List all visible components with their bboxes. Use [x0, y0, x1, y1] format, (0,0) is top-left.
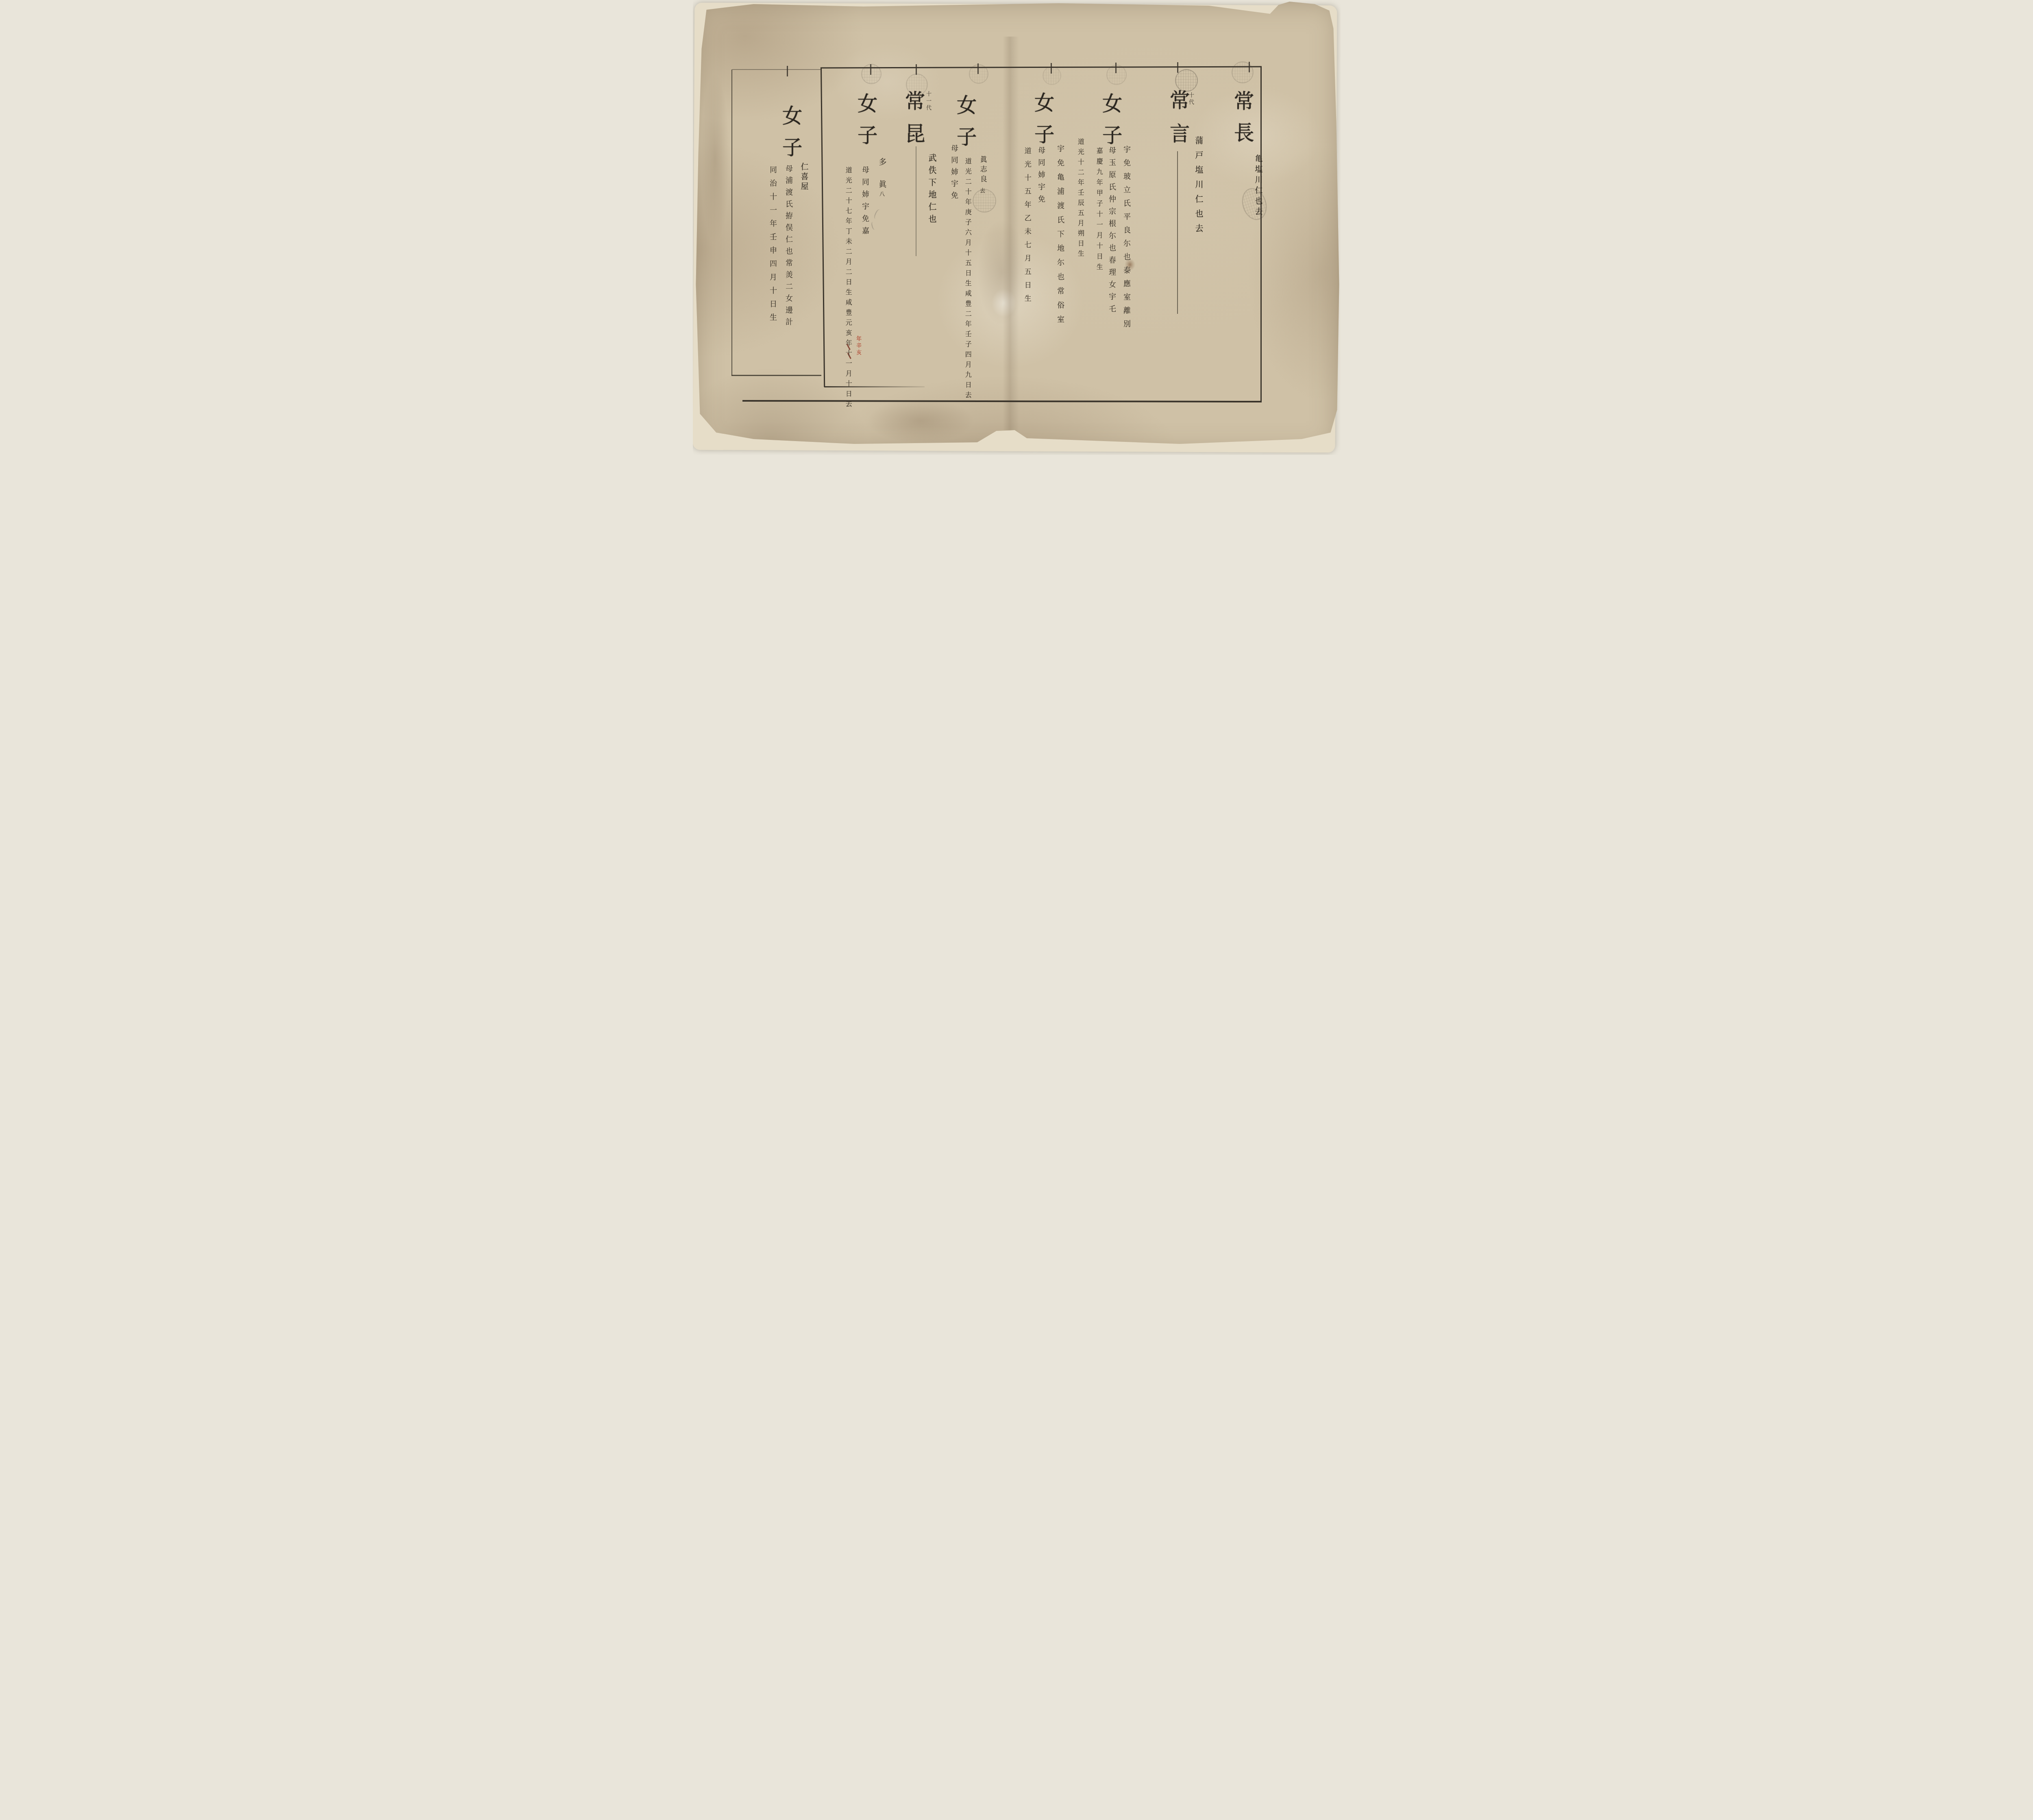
manuscript-scan: 常長亀塩川仁也去十代常言蒲戸塩川仁也去女子宇免玻立氏平良尓也泰應室離別母玉原氏仲… [693, 0, 1341, 455]
paper-edge-shading [693, 0, 1341, 455]
paper-sheet: 常長亀塩川仁也去十代常言蒲戸塩川仁也去女子宇免玻立氏平良尓也泰應室離別母玉原氏仲… [693, 0, 1341, 455]
